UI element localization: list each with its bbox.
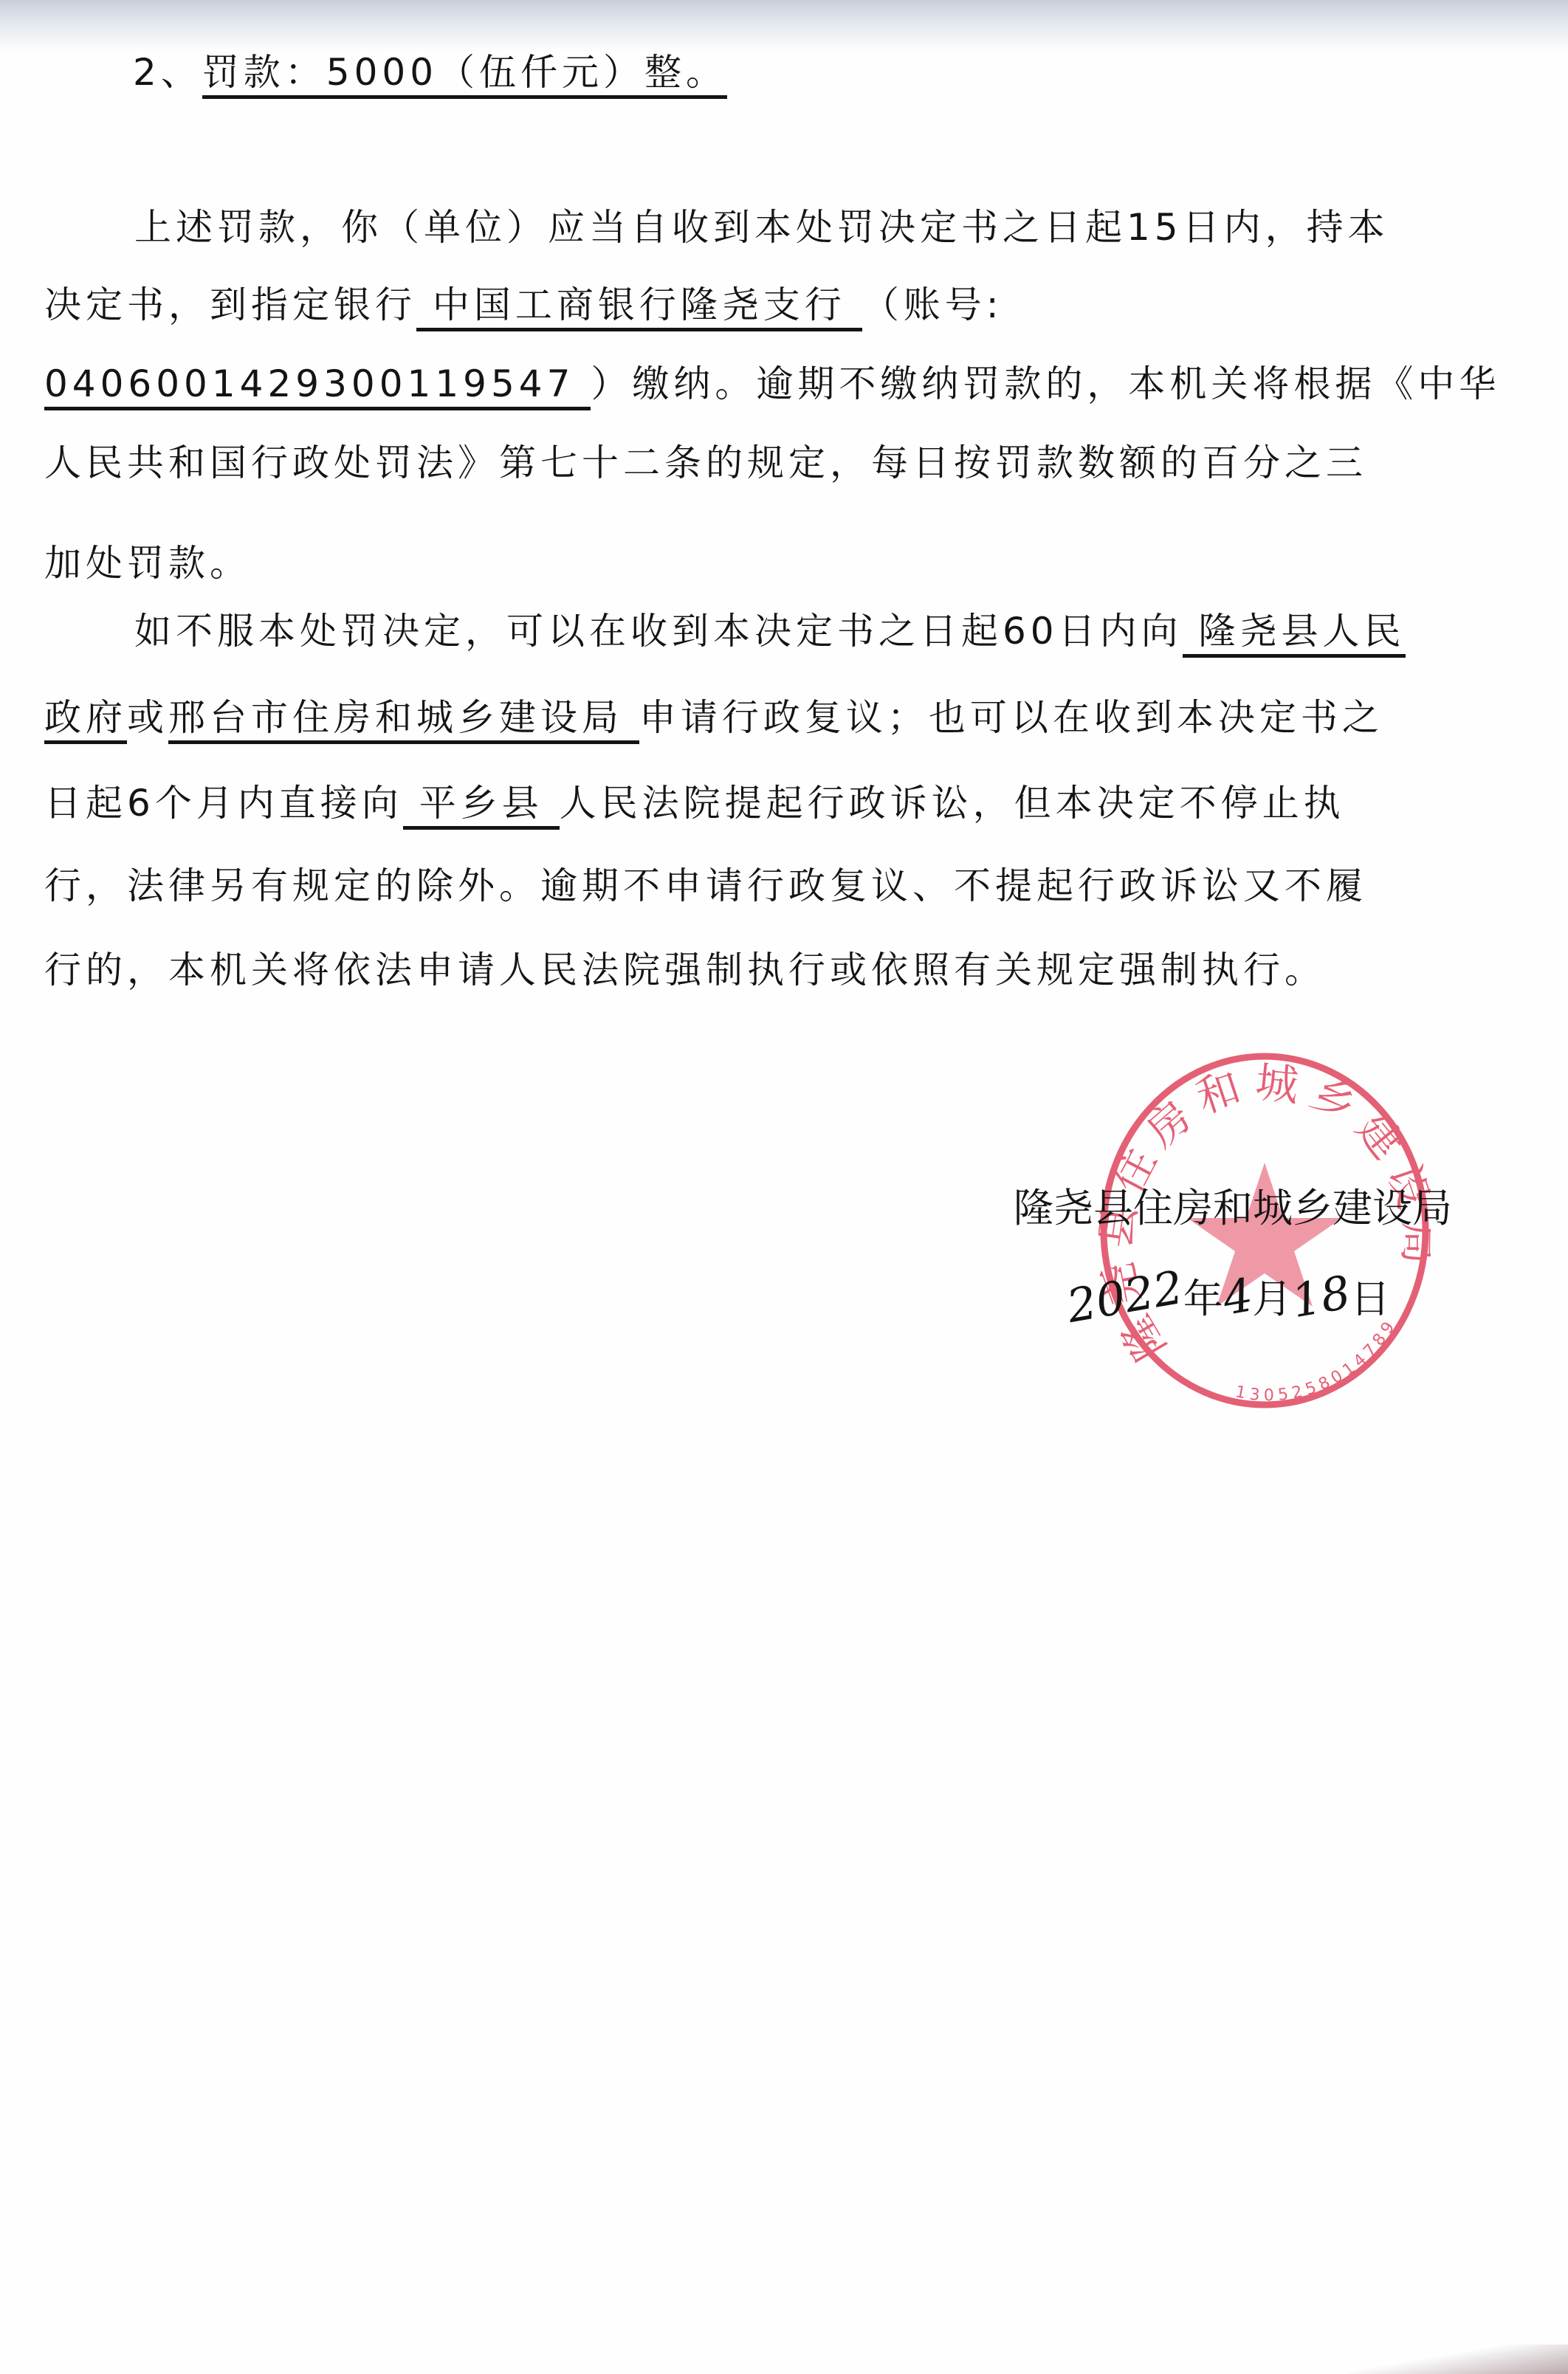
handwritten-year: 2022 xyxy=(1064,1264,1187,1330)
payment-line-1: 上述罚款，你（单位）应当自收到本处罚决定书之日起15日内，持本 xyxy=(134,205,1389,250)
payment-line-4: 人民共和国行政处罚法》第七十二条的规定，每日按罚款数额的百分之三 xyxy=(44,441,1367,485)
county-government: 隆尧县人民 xyxy=(1183,610,1406,658)
appeal-line-2: 政府或邢台市住房和城乡建设局 申请行政复议；也可以在收到本决定书之 xyxy=(44,695,1383,740)
payment-line-5: 加处罚款。 xyxy=(44,541,251,585)
scan-edge-shadow xyxy=(1347,2344,1568,2374)
fine-amount: 罚款：5000（伍仟元）整。 xyxy=(202,51,727,99)
payment-line-2: 决定书，到指定银行 中国工商银行隆尧支行 （账号: xyxy=(44,283,1003,327)
payment-line-3: 0406001429300119547 ）缴纳。逾期不缴纳罚款的，本机关将根据《… xyxy=(44,362,1500,406)
court-county: 平乡县 xyxy=(403,782,560,830)
issue-date: 2022年4月18日 xyxy=(1067,1273,1390,1323)
bank-name: 中国工商银行隆尧支行 xyxy=(416,283,862,331)
handwritten-month: 4 xyxy=(1220,1271,1256,1323)
appeal-line-4: 行，法律另有规定的除外。逾期不申请行政复议、不提起行政诉讼又不履 xyxy=(44,864,1367,908)
city-housing-bureau: 邢台市住房和城乡建设局 xyxy=(168,696,639,744)
county-government-cont: 政府 xyxy=(44,696,127,744)
account-number: 0406001429300119547 xyxy=(44,362,591,410)
scan-shadow xyxy=(0,0,1568,52)
appeal-line-3: 日起6个月内直接向 平乡县 人民法院提起行政诉讼，但本决定不停止执 xyxy=(44,781,1345,825)
issuing-authority: 隆尧县住房和城乡建设局 xyxy=(1014,1185,1452,1232)
handwritten-day: 18 xyxy=(1288,1269,1354,1326)
item-2-fine: 2、罚款：5000（伍仟元）整。 xyxy=(133,50,727,94)
appeal-line-1: 如不服本处罚决定，可以在收到本决定书之日起60日内向 隆尧县人民 xyxy=(134,609,1406,653)
appeal-line-5: 行的，本机关将依法申请人民法院强制执行或依照有关规定强制执行。 xyxy=(44,948,1326,992)
